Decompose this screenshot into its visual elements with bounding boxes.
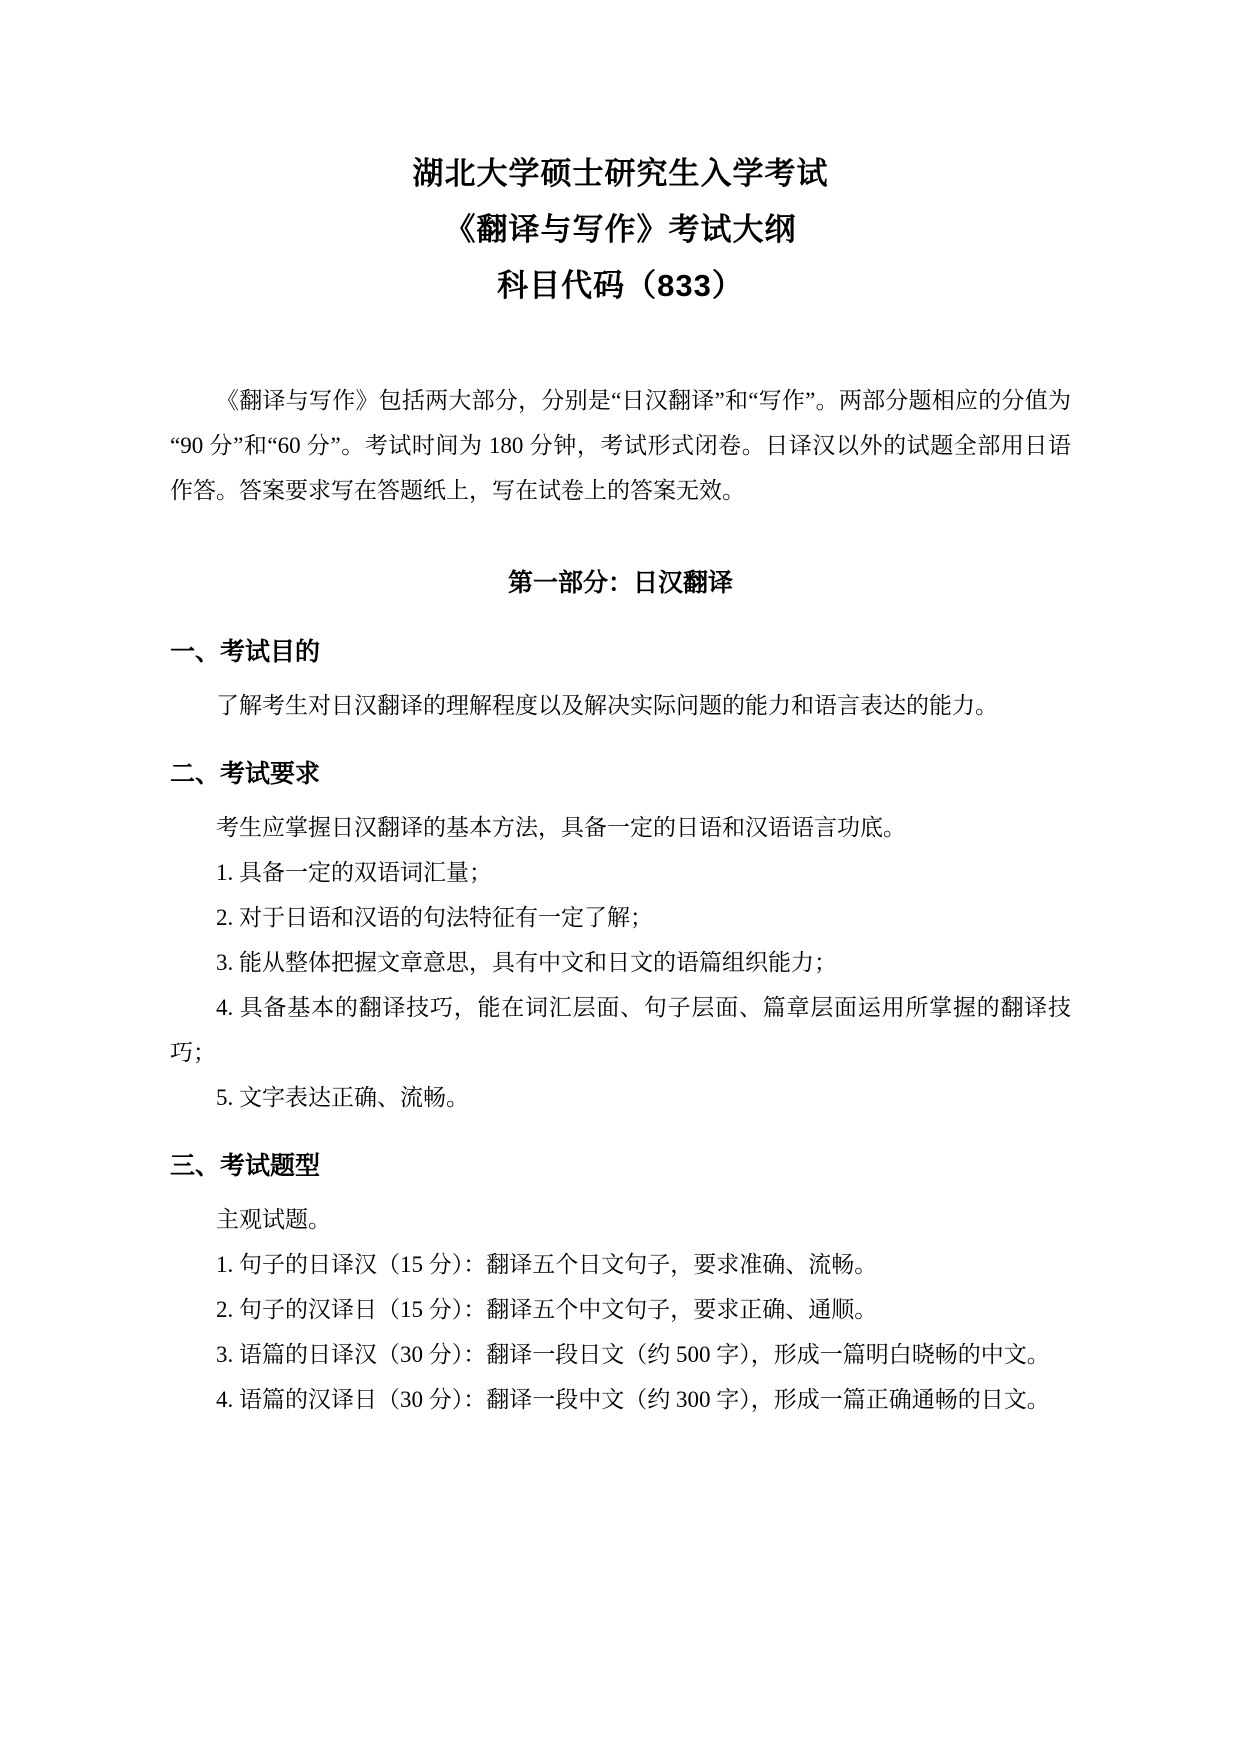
section-exam-question-types-heading: 三、考试题型: [170, 1144, 1071, 1189]
question-type-item: 2. 句子的汉译日（15 分）：翻译五个中文句子，要求正确、通顺。: [170, 1287, 1071, 1332]
doc-title-code: 科目代码（833）: [170, 258, 1071, 314]
question-type-item: 1. 句子的日译汉（15 分）：翻译五个日文句子，要求准确、流畅。: [170, 1242, 1071, 1287]
section-exam-question-types: 三、考试题型 主观试题。 1. 句子的日译汉（15 分）：翻译五个日文句子，要求…: [170, 1144, 1071, 1422]
question-type-item: 4. 语篇的汉译日（30 分）：翻译一段中文（约 300 字），形成一篇正确通畅…: [170, 1377, 1071, 1422]
doc-title-subject: 《翻译与写作》考试大纲: [170, 202, 1071, 258]
section-exam-requirements: 二、考试要求 考生应掌握日汉翻译的基本方法，具备一定的日语和汉语语言功底。 1.…: [170, 752, 1071, 1120]
section-exam-requirements-paragraph: 考生应掌握日汉翻译的基本方法，具备一定的日语和汉语语言功底。: [170, 805, 1071, 850]
section-exam-purpose-heading: 一、考试目的: [170, 630, 1071, 675]
requirement-item: 4. 具备基本的翻译技巧，能在词汇层面、句子层面、篇章层面运用所掌握的翻译技巧；: [170, 985, 1071, 1075]
section-exam-requirements-heading: 二、考试要求: [170, 752, 1071, 797]
title-block: 湖北大学硕士研究生入学考试 《翻译与写作》考试大纲 科目代码（833）: [170, 0, 1071, 314]
section-exam-question-types-paragraph: 主观试题。: [170, 1197, 1071, 1242]
part1-heading: 第一部分：日汉翻译: [170, 561, 1071, 606]
requirement-item: 5. 文字表达正确、流畅。: [170, 1075, 1071, 1120]
requirement-item: 3. 能从整体把握文章意思，具有中文和日文的语篇组织能力；: [170, 940, 1071, 985]
section-exam-purpose: 一、考试目的 了解考生对日汉翻译的理解程度以及解决实际问题的能力和语言表达的能力…: [170, 630, 1071, 728]
intro-paragraph: 《翻译与写作》包括两大部分，分别是“日汉翻译”和“写作”。两部分题相应的分值为“…: [170, 378, 1071, 513]
question-type-item: 3. 语篇的日译汉（30 分）：翻译一段日文（约 500 字），形成一篇明白晓畅…: [170, 1332, 1071, 1377]
doc-title-university: 湖北大学硕士研究生入学考试: [170, 146, 1071, 202]
document-page: 湖北大学硕士研究生入学考试 《翻译与写作》考试大纲 科目代码（833） 《翻译与…: [0, 0, 1241, 1754]
requirement-item: 1. 具备一定的双语词汇量；: [170, 850, 1071, 895]
requirement-item: 2. 对于日语和汉语的句法特征有一定了解；: [170, 895, 1071, 940]
section-exam-purpose-paragraph: 了解考生对日汉翻译的理解程度以及解决实际问题的能力和语言表达的能力。: [170, 683, 1071, 728]
